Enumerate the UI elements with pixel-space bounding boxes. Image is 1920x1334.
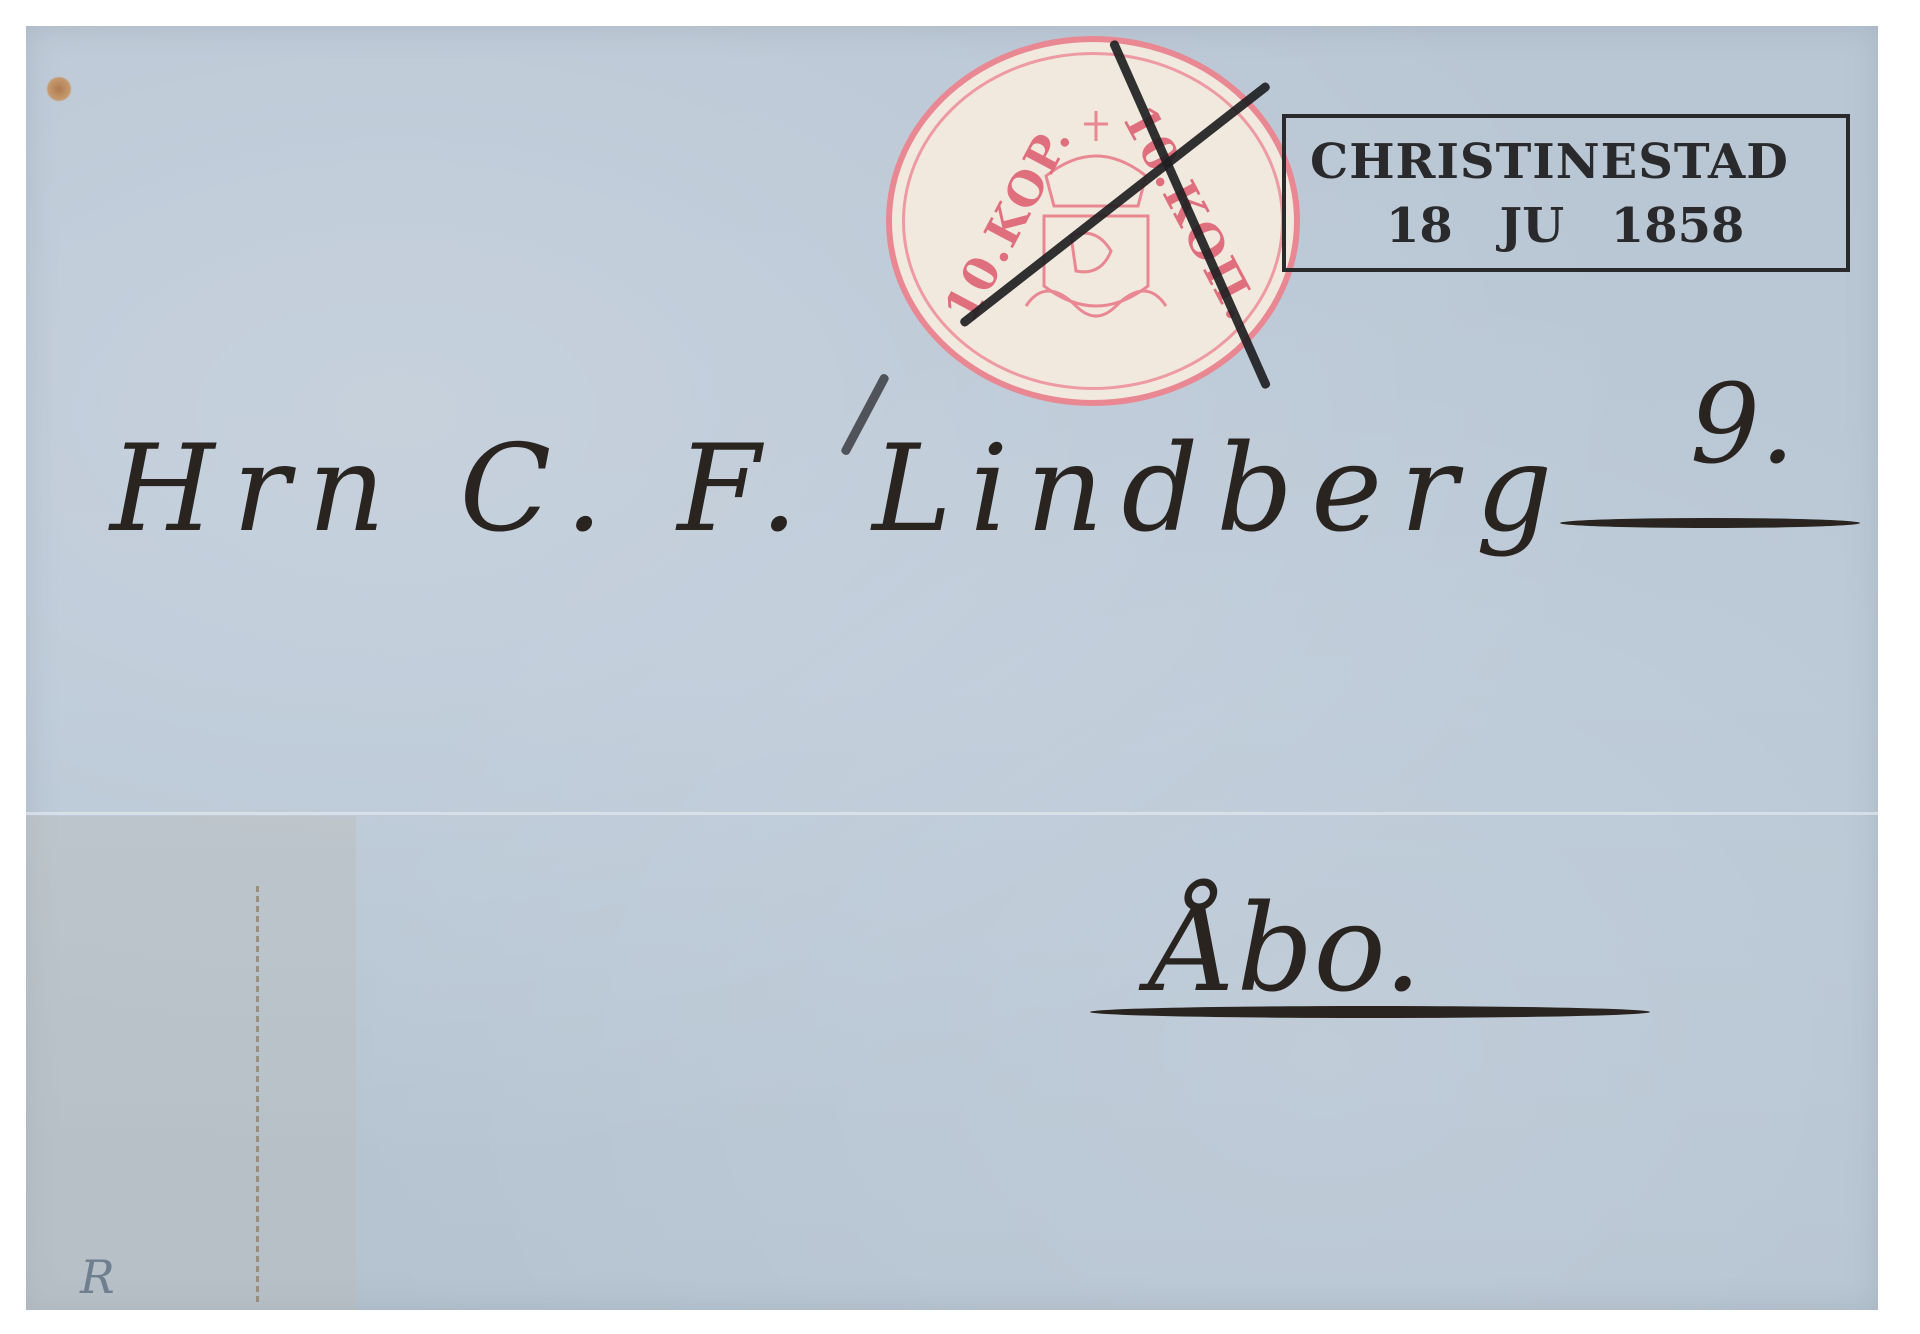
rate-mark: 9. [1690,360,1795,488]
addressee-name: Hrn C. F. Lindberg [110,420,1570,559]
foxing-stain [46,76,72,102]
postmark-town: CHRISTINESTAD [1310,134,1789,190]
pencil-note: R [80,1250,115,1304]
postmark-date: 18 JU 1858 [1386,198,1744,254]
fold-line [26,812,1878,815]
boxed-town-postmark: CHRISTINESTAD 18 JU 1858 [1282,114,1850,272]
destination-town: Åbo. [1150,880,1422,1019]
inner-flap-panel [26,816,356,1310]
destination-underline [1090,1006,1650,1018]
paper-tear [256,886,259,1306]
rate-underline [1560,518,1860,528]
